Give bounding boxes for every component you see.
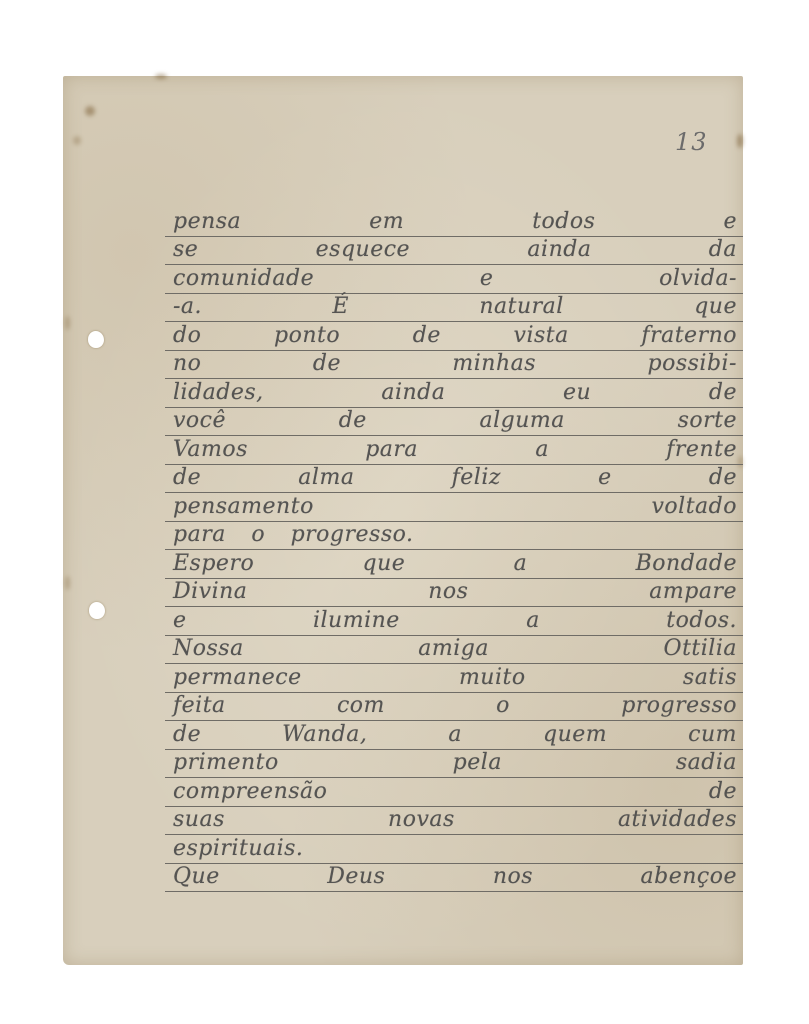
line-text: pensamento voltado	[173, 494, 737, 520]
line-text: Nossa amiga Ottilia	[173, 636, 737, 662]
text-line: primento pela sadia	[165, 750, 743, 779]
text-line: Vamos para a frente	[165, 436, 743, 465]
text-line: compreensão de	[165, 778, 743, 807]
text-line: Nossa amiga Ottilia	[165, 636, 743, 665]
line-text: -a. É natural que	[173, 294, 737, 320]
text-line: você de alguma sorte	[165, 408, 743, 437]
text-line: do ponto de vista fraterno	[165, 322, 743, 351]
text-line: no de minhas possibi-	[165, 351, 743, 380]
text-line: suas novas atividades	[165, 807, 743, 836]
line-text: de Wanda, a quem cum	[173, 722, 737, 748]
line-text: lidades, ainda eu de	[173, 380, 737, 406]
text-line: de alma feliz e de	[165, 465, 743, 494]
text-line: para o progresso.	[165, 522, 743, 551]
text-line: comunidade e olvida-	[165, 265, 743, 294]
line-text: de alma feliz e de	[173, 465, 737, 491]
age-stain	[65, 316, 70, 330]
text-line: de Wanda, a quem cum	[165, 721, 743, 750]
line-text: e ilumine a todos.	[173, 608, 737, 634]
line-text: Vamos para a frente	[173, 437, 737, 463]
age-stain	[73, 136, 81, 145]
text-line: Que Deus nos abençoe	[165, 864, 743, 893]
age-stain	[65, 576, 70, 590]
line-text: pensa em todos e	[173, 209, 737, 235]
text-line: permanece muito satis	[165, 664, 743, 693]
text-line: e ilumine a todos.	[165, 607, 743, 636]
line-text: primento pela sadia	[173, 750, 737, 776]
line-text: no de minhas possibi-	[173, 351, 737, 377]
line-text: Que Deus nos abençoe	[173, 864, 737, 890]
ruled-lines: pensa em todos e se esquece ainda da com…	[165, 0, 743, 1024]
text-line: se esquece ainda da	[165, 237, 743, 266]
text-line: pensamento voltado	[165, 493, 743, 522]
line-text: compreensão de	[173, 779, 737, 805]
text-line: espirituais.	[165, 835, 743, 864]
punch-hole-bottom	[89, 602, 105, 619]
text-line: pensa em todos e	[165, 208, 743, 237]
text-line: lidades, ainda eu de	[165, 379, 743, 408]
line-text: comunidade e olvida-	[173, 266, 737, 292]
line-text: para o progresso.	[173, 522, 737, 548]
text-line: Espero que a Bondade	[165, 550, 743, 579]
punch-hole-top	[88, 331, 104, 348]
line-text: Divina nos ampare	[173, 579, 737, 605]
line-text: suas novas atividades	[173, 807, 737, 833]
text-line: Divina nos ampare	[165, 579, 743, 608]
age-stain	[85, 106, 95, 116]
line-text: espirituais.	[173, 836, 737, 862]
line-text: Espero que a Bondade	[173, 551, 737, 577]
line-text: você de alguma sorte	[173, 408, 737, 434]
text-line: -a. É natural que	[165, 294, 743, 323]
line-text: feita com o progresso	[173, 693, 737, 719]
text-line: feita com o progresso	[165, 693, 743, 722]
line-text: permanece muito satis	[173, 665, 737, 691]
line-text: se esquece ainda da	[173, 237, 737, 263]
line-text: do ponto de vista fraterno	[173, 323, 737, 349]
